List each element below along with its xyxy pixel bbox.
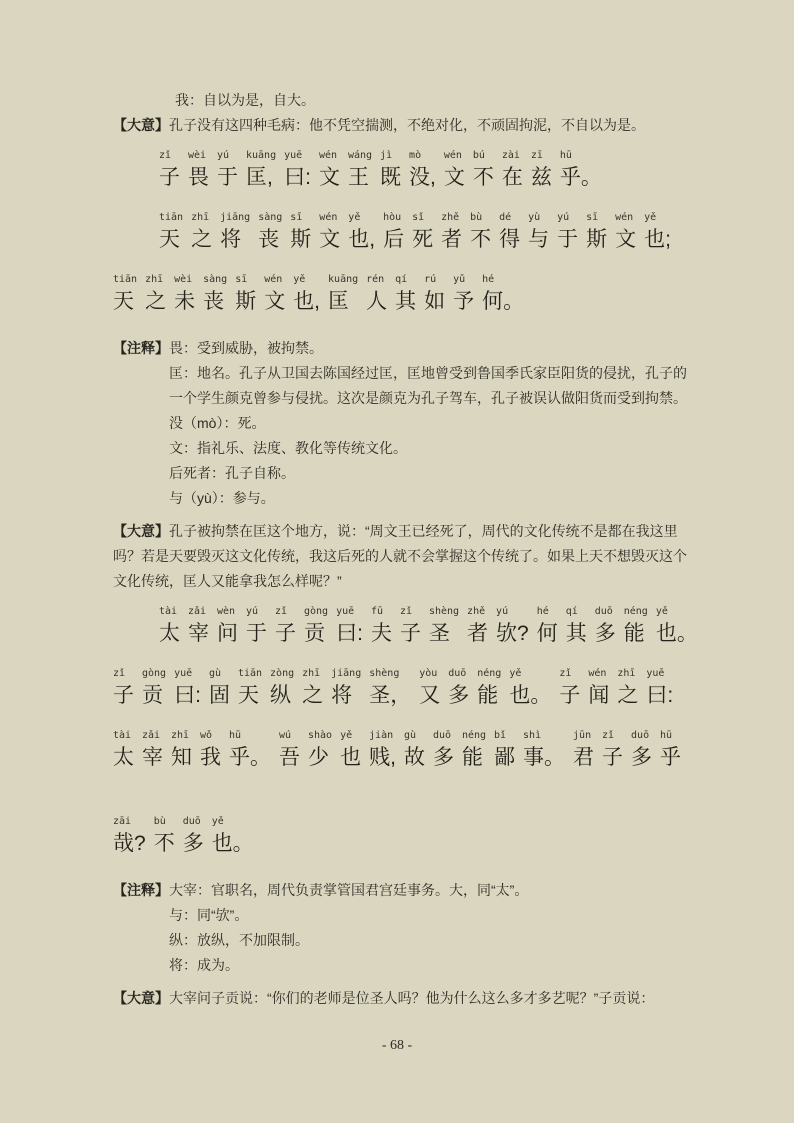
hanzi-char: 吾 bbox=[279, 746, 300, 770]
hanzi-char: 也 bbox=[340, 746, 361, 770]
hanzi-char: 斯 bbox=[586, 228, 607, 252]
scripture-token: yuē曰: bbox=[284, 150, 311, 190]
annotation-entry: 与：同“欤”。 bbox=[169, 903, 688, 928]
pinyin-text: yě bbox=[509, 668, 551, 680]
hanzi-char: 能 bbox=[624, 622, 648, 646]
hanzi-char: 太 bbox=[159, 622, 180, 646]
scripture-token: wén文 bbox=[319, 212, 340, 252]
scripture-token: zǎi宰 bbox=[142, 730, 163, 770]
hanzi-char: 匡, bbox=[246, 166, 276, 190]
scripture-token: yuē曰: bbox=[646, 668, 673, 708]
pinyin-text: bǐ bbox=[494, 730, 515, 742]
scripture-token: hòu后 bbox=[383, 212, 404, 252]
scripture-token: shèng圣， bbox=[369, 668, 411, 708]
hanzi-char: 何 bbox=[537, 622, 558, 646]
pinyin-text: zǐ bbox=[400, 606, 421, 618]
pinyin-text: hòu bbox=[383, 212, 404, 224]
hanzi-char: 乎 bbox=[660, 746, 681, 770]
pinyin-text: zhī bbox=[617, 668, 638, 680]
scripture-token: jūn君 bbox=[573, 730, 594, 770]
scripture-token: duō多 bbox=[631, 730, 652, 770]
scripture-token: fū夫 bbox=[371, 606, 392, 646]
hanzi-char: 曰: bbox=[646, 684, 673, 708]
summary-text: 孔子被拘禁在匡这个地方，说：“周文王已经死了，周代的文化传统不是都在我这里吗？若… bbox=[113, 523, 687, 589]
pinyin-text: dé bbox=[499, 212, 520, 224]
hanzi-char: 哉? bbox=[113, 832, 146, 856]
pinyin-text: yú bbox=[246, 606, 267, 618]
hanzi-char: 将 bbox=[331, 684, 361, 708]
pinyin-text: sǐ bbox=[412, 212, 433, 224]
hanzi-char: 纵 bbox=[270, 684, 294, 708]
scripture-token: tài太 bbox=[113, 730, 134, 770]
hanzi-char: 圣， bbox=[369, 684, 411, 708]
pinyin-text: wén bbox=[319, 212, 340, 224]
scripture-token: duō多 bbox=[595, 606, 616, 646]
pinyin-text: yòu bbox=[419, 668, 440, 680]
scripture-token: wú吾 bbox=[279, 730, 300, 770]
pinyin-text: jiàn bbox=[369, 730, 396, 742]
hanzi-char: 不 bbox=[154, 832, 175, 856]
pinyin-text: jiāng bbox=[220, 212, 250, 224]
hanzi-char: 曰: bbox=[284, 166, 311, 190]
hanzi-char: 后 bbox=[383, 228, 404, 252]
pinyin-text: yuē bbox=[646, 668, 673, 680]
pinyin-text: rén bbox=[366, 274, 387, 286]
scripture-token: zǐ子 bbox=[602, 730, 623, 770]
scripture-line: zǐ子wèi畏yú于kuāng匡,yuē曰:wén文wáng王jì既mò没,wé… bbox=[113, 150, 688, 190]
hanzi-char: 在 bbox=[502, 166, 523, 190]
scripture-token: tài太 bbox=[159, 606, 180, 646]
hanzi-char: 匡 bbox=[328, 290, 358, 314]
document-page: 我：自以为是，自大。 【大意】孔子没有这四种毛病：他不凭空揣测，不绝对化，不顽固… bbox=[0, 0, 794, 1123]
pinyin-text: tài bbox=[113, 730, 134, 742]
scripture-token: wén文 bbox=[615, 212, 636, 252]
scripture-token: hé何 bbox=[537, 606, 558, 646]
pinyin-text: bú bbox=[473, 150, 494, 162]
pinyin-text: yù bbox=[528, 212, 549, 224]
scripture-token: néng能 bbox=[462, 730, 486, 770]
hanzi-char: 文 bbox=[264, 290, 285, 314]
scripture-token: yù与 bbox=[528, 212, 549, 252]
hanzi-char: 畏 bbox=[188, 166, 209, 190]
hanzi-char: 也, bbox=[348, 228, 375, 252]
pinyin-text: yú bbox=[557, 212, 578, 224]
scripture-line: zāi哉?bù不duō多yě也。 bbox=[113, 816, 688, 856]
pinyin-text: jiāng bbox=[331, 668, 361, 680]
hanzi-char: 之 bbox=[145, 290, 166, 314]
scripture-token: shào少 bbox=[308, 730, 332, 770]
scripture-token: duō多 bbox=[183, 816, 204, 856]
scripture-token: shèng圣 bbox=[429, 606, 459, 646]
summary-text: 大宰问子贡说：“你们的老师是位圣人吗？他为什么这么多才多艺呢？”子贡说： bbox=[169, 990, 654, 1006]
pinyin-text: zhě bbox=[441, 212, 462, 224]
hanzi-char: 曰: bbox=[174, 684, 201, 708]
hanzi-char: 未 bbox=[174, 290, 195, 314]
pinyin-text: yě bbox=[293, 274, 320, 286]
scripture-token: zǐ子 bbox=[275, 606, 296, 646]
scripture-token: sàng丧 bbox=[203, 274, 227, 314]
pinyin-text: bù bbox=[470, 212, 491, 224]
scripture-token: gòng贡 bbox=[142, 668, 166, 708]
scripture-token: yuē曰: bbox=[174, 668, 201, 708]
pinyin-text: yuē bbox=[284, 150, 311, 162]
pinyin-text: wǒ bbox=[200, 730, 221, 742]
pinyin-text: hū bbox=[660, 730, 681, 742]
hanzi-char: 死 bbox=[412, 228, 433, 252]
scripture-token: zài在 bbox=[502, 150, 523, 190]
scripture-token: yě也; bbox=[644, 212, 671, 252]
hanzi-char: 贡 bbox=[142, 684, 166, 708]
scripture-token: jiāng将 bbox=[220, 212, 250, 252]
hanzi-char: 宰 bbox=[142, 746, 163, 770]
scripture-token: zhě者 bbox=[467, 606, 488, 646]
hanzi-char: 多 bbox=[631, 746, 652, 770]
pinyin-text: tiān bbox=[238, 668, 262, 680]
scripture-token: zǐ子 bbox=[559, 668, 580, 708]
annotation-entry: 与（yù）：参与。 bbox=[169, 486, 688, 511]
hanzi-char: 贡 bbox=[304, 622, 328, 646]
annotation-entry: 大宰：官职名，周代负责掌管国君宫廷事务。大，同“太”。 bbox=[169, 878, 688, 903]
pinyin-text: zǐ bbox=[113, 668, 134, 680]
hanzi-char: 如 bbox=[424, 290, 445, 314]
scripture-token: hé何。 bbox=[482, 274, 524, 314]
summary-paragraph-2: 【大意】孔子被拘禁在匡这个地方，说：“周文王已经死了，周代的文化传统不是都在我这… bbox=[113, 519, 688, 594]
pinyin-text: shì bbox=[523, 730, 565, 742]
scripture-token: yú于 bbox=[557, 212, 578, 252]
hanzi-char: 文 bbox=[444, 166, 465, 190]
hanzi-char: 太 bbox=[113, 746, 134, 770]
summary-label: 【大意】 bbox=[113, 523, 169, 539]
pinyin-text: duō bbox=[183, 816, 204, 828]
hanzi-char: 其 bbox=[566, 622, 587, 646]
hanzi-char: 文 bbox=[319, 228, 340, 252]
scripture-token: qí其 bbox=[395, 274, 416, 314]
scripture-token: duō多 bbox=[433, 730, 454, 770]
annotation-block-2: 【注释】 大宰：官职名，周代负责掌管国君宫廷事务。大，同“太”。与：同“欤”。纵… bbox=[113, 878, 688, 978]
pinyin-text: zǐ bbox=[559, 668, 580, 680]
pinyin-text: wú bbox=[279, 730, 300, 742]
scripture-token: yú于 bbox=[246, 606, 267, 646]
scripture-token: wèn问 bbox=[217, 606, 238, 646]
scripture-token: rú如 bbox=[424, 274, 445, 314]
pinyin-text: wén bbox=[588, 668, 609, 680]
hanzi-char: 王 bbox=[348, 166, 372, 190]
pinyin-text: hé bbox=[537, 606, 558, 618]
scripture-token: sī斯 bbox=[586, 212, 607, 252]
hanzi-char: 乎。 bbox=[229, 746, 271, 770]
annotation-entry: 畏：受到威胁，被拘禁。 bbox=[169, 336, 688, 361]
scripture-token: wén文 bbox=[264, 274, 285, 314]
scripture-token: bú不 bbox=[473, 150, 494, 190]
hanzi-char: 君 bbox=[573, 746, 594, 770]
hanzi-char: 丧 bbox=[258, 228, 282, 252]
annotation-entry: 后死者：孔子自称。 bbox=[169, 461, 688, 486]
scripture-token: wén文 bbox=[319, 150, 340, 190]
scripture-token: hū乎 bbox=[660, 730, 681, 770]
scripture-token: tiān天 bbox=[159, 212, 183, 252]
pinyin-text: shào bbox=[308, 730, 332, 742]
pinyin-text: gù bbox=[404, 730, 425, 742]
hanzi-char: 圣 bbox=[429, 622, 459, 646]
scripture-token: yòu又 bbox=[419, 668, 440, 708]
hanzi-char: 没, bbox=[409, 166, 436, 190]
hanzi-char: 天 bbox=[159, 228, 183, 252]
pinyin-text: zhī bbox=[302, 668, 323, 680]
annotation-entry: 纵：放纵，不加限制。 bbox=[169, 928, 688, 953]
scripture-token: wén闻 bbox=[588, 668, 609, 708]
annotation-label: 【注释】 bbox=[113, 878, 169, 978]
scripture-token: sǐ死 bbox=[412, 212, 433, 252]
hanzi-char: 于 bbox=[217, 166, 238, 190]
scripture-token: wáng王 bbox=[348, 150, 372, 190]
hanzi-char: 子 bbox=[400, 622, 421, 646]
pinyin-text: yuē bbox=[174, 668, 201, 680]
scripture-token: sī斯 bbox=[290, 212, 311, 252]
hanzi-char: 多 bbox=[595, 622, 616, 646]
scripture-token: yě也。 bbox=[656, 606, 698, 646]
scripture-line: tiān天zhī之wèi未sàng丧sī斯wén文yě也,kuāng匡rén人q… bbox=[113, 274, 688, 314]
scripture-token: jiàn贱, bbox=[369, 730, 396, 770]
hanzi-char: 能 bbox=[462, 746, 486, 770]
intro-note-line: 我：自以为是，自大。 bbox=[113, 88, 688, 113]
pinyin-text: gòng bbox=[304, 606, 328, 618]
hanzi-char: 也。 bbox=[656, 622, 698, 646]
scripture-token: zī兹 bbox=[531, 150, 552, 190]
hanzi-char: 子 bbox=[602, 746, 623, 770]
hanzi-char: 之 bbox=[617, 684, 638, 708]
pinyin-text: yě bbox=[212, 816, 254, 828]
pinyin-text: bù bbox=[154, 816, 175, 828]
scripture-token: qí其 bbox=[566, 606, 587, 646]
scripture-token: zhī之 bbox=[617, 668, 638, 708]
pinyin-text: hé bbox=[482, 274, 524, 286]
hanzi-char: 子 bbox=[159, 166, 180, 190]
pinyin-text: wèi bbox=[174, 274, 195, 286]
annotation-entry: 匡：地名。孔子从卫国去陈国经过匡，匡地曾受到鲁国季氏家臣阳货的侵扰，孔子的一个学… bbox=[169, 361, 688, 411]
hanzi-char: 我 bbox=[200, 746, 221, 770]
hanzi-char: 子 bbox=[275, 622, 296, 646]
scripture-token: hū乎。 bbox=[560, 150, 602, 190]
pinyin-text: zǐ bbox=[159, 150, 180, 162]
pinyin-text: sī bbox=[586, 212, 607, 224]
scripture-token: yě也。 bbox=[212, 816, 254, 856]
pinyin-text: yuē bbox=[336, 606, 363, 618]
summary-paragraph-1: 【大意】孔子没有这四种毛病：他不凭空揣测，不绝对化，不顽固拘泥，不自以为是。 bbox=[113, 113, 688, 138]
pinyin-text: wén bbox=[615, 212, 636, 224]
scripture-token: néng能 bbox=[477, 668, 501, 708]
pinyin-text: tiān bbox=[113, 274, 137, 286]
hanzi-char: 将 bbox=[220, 228, 250, 252]
hanzi-char: 贱, bbox=[369, 746, 396, 770]
pinyin-text: zhě bbox=[467, 606, 488, 618]
scripture-token: hū乎。 bbox=[229, 730, 271, 770]
pinyin-text: wèn bbox=[217, 606, 238, 618]
scripture-token: zǐ子 bbox=[113, 668, 134, 708]
hanzi-char: 斯 bbox=[235, 290, 256, 314]
pinyin-text: fū bbox=[371, 606, 392, 618]
pinyin-text: zǎi bbox=[142, 730, 163, 742]
hanzi-char: 固 bbox=[209, 684, 230, 708]
hanzi-char: 不 bbox=[473, 166, 494, 190]
scripture-token: kuāng匡, bbox=[246, 150, 276, 190]
pinyin-text: wén bbox=[444, 150, 465, 162]
pinyin-text: jì bbox=[380, 150, 401, 162]
pinyin-text: hū bbox=[560, 150, 602, 162]
scripture-token: sàng丧 bbox=[258, 212, 282, 252]
hanzi-char: 斯 bbox=[290, 228, 311, 252]
pinyin-text: wáng bbox=[348, 150, 372, 162]
pinyin-text: wén bbox=[319, 150, 340, 162]
pinyin-text: yě bbox=[656, 606, 698, 618]
scripture-line: tài太zǎi宰zhī知wǒ我hū乎。wú吾shào少yě也jiàn贱,gù故d… bbox=[113, 730, 688, 770]
scripture-token: zǐ子 bbox=[400, 606, 421, 646]
pinyin-text: zhī bbox=[145, 274, 166, 286]
pinyin-text: duō bbox=[433, 730, 454, 742]
pinyin-text: yě bbox=[348, 212, 375, 224]
scripture-token: wén文 bbox=[444, 150, 465, 190]
pinyin-text: duō bbox=[448, 668, 469, 680]
summary-paragraph-3: 【大意】大宰问子贡说：“你们的老师是位圣人吗？他为什么这么多才多艺呢？”子贡说： bbox=[113, 986, 688, 1011]
scripture-token: sī斯 bbox=[235, 274, 256, 314]
hanzi-char: 又 bbox=[419, 684, 440, 708]
scripture-token: yú欤? bbox=[496, 606, 529, 646]
pinyin-text: mò bbox=[409, 150, 436, 162]
hanzi-char: 多 bbox=[433, 746, 454, 770]
scripture-token: jiāng将 bbox=[331, 668, 361, 708]
hanzi-char: 子 bbox=[113, 684, 134, 708]
pinyin-text: néng bbox=[477, 668, 501, 680]
pinyin-text: shèng bbox=[369, 668, 411, 680]
summary-label: 【大意】 bbox=[113, 990, 169, 1006]
pinyin-text: qí bbox=[395, 274, 416, 286]
hanzi-char: 宰 bbox=[188, 622, 209, 646]
scripture-token: zǎi宰 bbox=[188, 606, 209, 646]
hanzi-char: 夫 bbox=[371, 622, 392, 646]
annotation-block-1: 【注释】 畏：受到威胁，被拘禁。匡：地名。孔子从卫国去陈国经过匡，匡地曾受到鲁国… bbox=[113, 336, 688, 511]
pinyin-text: wén bbox=[264, 274, 285, 286]
scripture-token: zhī之 bbox=[145, 274, 166, 314]
scripture-token: yě也, bbox=[348, 212, 375, 252]
hanzi-char: 多 bbox=[183, 832, 204, 856]
pinyin-text: zhī bbox=[171, 730, 192, 742]
scripture-token: gù固 bbox=[209, 668, 230, 708]
pinyin-text: zǐ bbox=[275, 606, 296, 618]
hanzi-char: 少 bbox=[308, 746, 332, 770]
hanzi-char: 也, bbox=[293, 290, 320, 314]
hanzi-char: 之 bbox=[191, 228, 212, 252]
hanzi-char: 鄙 bbox=[494, 746, 515, 770]
annotation-entries: 大宰：官职名，周代负责掌管国君宫廷事务。大，同“太”。与：同“欤”。纵：放纵，不… bbox=[169, 878, 688, 978]
scripture-token: bǐ鄙 bbox=[494, 730, 515, 770]
scripture-token: bù不 bbox=[154, 816, 175, 856]
hanzi-char: 者 bbox=[467, 622, 488, 646]
scripture-token: zǐ子 bbox=[159, 150, 180, 190]
scripture-token: zhě者 bbox=[441, 212, 462, 252]
scripture-token: wèi未 bbox=[174, 274, 195, 314]
hanzi-char: 何。 bbox=[482, 290, 524, 314]
pinyin-text: yú bbox=[217, 150, 238, 162]
scripture-line: tài太zǎi宰wèn问yú于zǐ子gòng贡yuē曰:fū夫zǐ子shèng圣… bbox=[113, 606, 688, 646]
scripture-token: néng能 bbox=[624, 606, 648, 646]
scripture-token: tiān天 bbox=[113, 274, 137, 314]
hanzi-char: 也。 bbox=[509, 684, 551, 708]
scripture-token: kuāng匡 bbox=[328, 274, 358, 314]
scripture-token: yě也 bbox=[340, 730, 361, 770]
pinyin-text: zòng bbox=[270, 668, 294, 680]
scripture-token: zòng纵 bbox=[270, 668, 294, 708]
hanzi-char: 也。 bbox=[212, 832, 254, 856]
hanzi-char: 文 bbox=[319, 166, 340, 190]
annotation-entry: 将：成为。 bbox=[169, 953, 688, 978]
hanzi-char: 故 bbox=[404, 746, 425, 770]
hanzi-char: 事。 bbox=[523, 746, 565, 770]
pinyin-text: tiān bbox=[159, 212, 183, 224]
scripture-token: zhī之 bbox=[302, 668, 323, 708]
pinyin-text: zī bbox=[531, 150, 552, 162]
pinyin-text: gòng bbox=[142, 668, 166, 680]
scripture-token: mò没, bbox=[409, 150, 436, 190]
pinyin-text: sī bbox=[235, 274, 256, 286]
pinyin-text: tài bbox=[159, 606, 180, 618]
scripture-token: zāi哉? bbox=[113, 816, 146, 856]
hanzi-char: 乎。 bbox=[560, 166, 602, 190]
hanzi-char: 之 bbox=[302, 684, 323, 708]
scripture-token: rén人 bbox=[366, 274, 387, 314]
hanzi-char: 不 bbox=[470, 228, 491, 252]
scripture-token: yě也, bbox=[293, 274, 320, 314]
pinyin-text: shèng bbox=[429, 606, 459, 618]
scripture-token: gù故 bbox=[404, 730, 425, 770]
hanzi-char: 欤? bbox=[496, 622, 529, 646]
pinyin-text: qí bbox=[566, 606, 587, 618]
pinyin-text: jūn bbox=[573, 730, 594, 742]
scripture-token: duō多 bbox=[448, 668, 469, 708]
scripture-token: dé得 bbox=[499, 212, 520, 252]
scripture-token: jì既 bbox=[380, 150, 401, 190]
hanzi-char: 也; bbox=[644, 228, 671, 252]
hanzi-char: 文 bbox=[615, 228, 636, 252]
pinyin-text: sī bbox=[290, 212, 311, 224]
hanzi-char: 于 bbox=[557, 228, 578, 252]
hanzi-char: 兹 bbox=[531, 166, 552, 190]
summary-text: 孔子没有这四种毛病：他不凭空揣测，不绝对化，不顽固拘泥，不自以为是。 bbox=[169, 117, 645, 133]
pinyin-text: zhī bbox=[191, 212, 212, 224]
hanzi-char: 闻 bbox=[588, 684, 609, 708]
pinyin-text: yě bbox=[644, 212, 671, 224]
pinyin-text: zǎi bbox=[188, 606, 209, 618]
scripture-token: wǒ我 bbox=[200, 730, 221, 770]
hanzi-char: 其 bbox=[395, 290, 416, 314]
hanzi-char: 能 bbox=[477, 684, 501, 708]
scripture-token: yú于 bbox=[217, 150, 238, 190]
page-number: - 68 - bbox=[0, 1038, 794, 1054]
pinyin-text: hū bbox=[229, 730, 271, 742]
pinyin-text: zǐ bbox=[602, 730, 623, 742]
hanzi-char: 子 bbox=[559, 684, 580, 708]
pinyin-text: néng bbox=[624, 606, 648, 618]
annotation-entry: 文：指礼乐、法度、教化等传统文化。 bbox=[169, 436, 688, 461]
hanzi-char: 多 bbox=[448, 684, 469, 708]
hanzi-char: 丧 bbox=[203, 290, 227, 314]
pinyin-text: wèi bbox=[188, 150, 209, 162]
pinyin-text: yú bbox=[496, 606, 529, 618]
annotation-label: 【注释】 bbox=[113, 336, 169, 511]
scripture-token: gòng贡 bbox=[304, 606, 328, 646]
pinyin-text: zài bbox=[502, 150, 523, 162]
pinyin-text: duō bbox=[595, 606, 616, 618]
pinyin-text: gù bbox=[209, 668, 230, 680]
pinyin-text: sàng bbox=[203, 274, 227, 286]
